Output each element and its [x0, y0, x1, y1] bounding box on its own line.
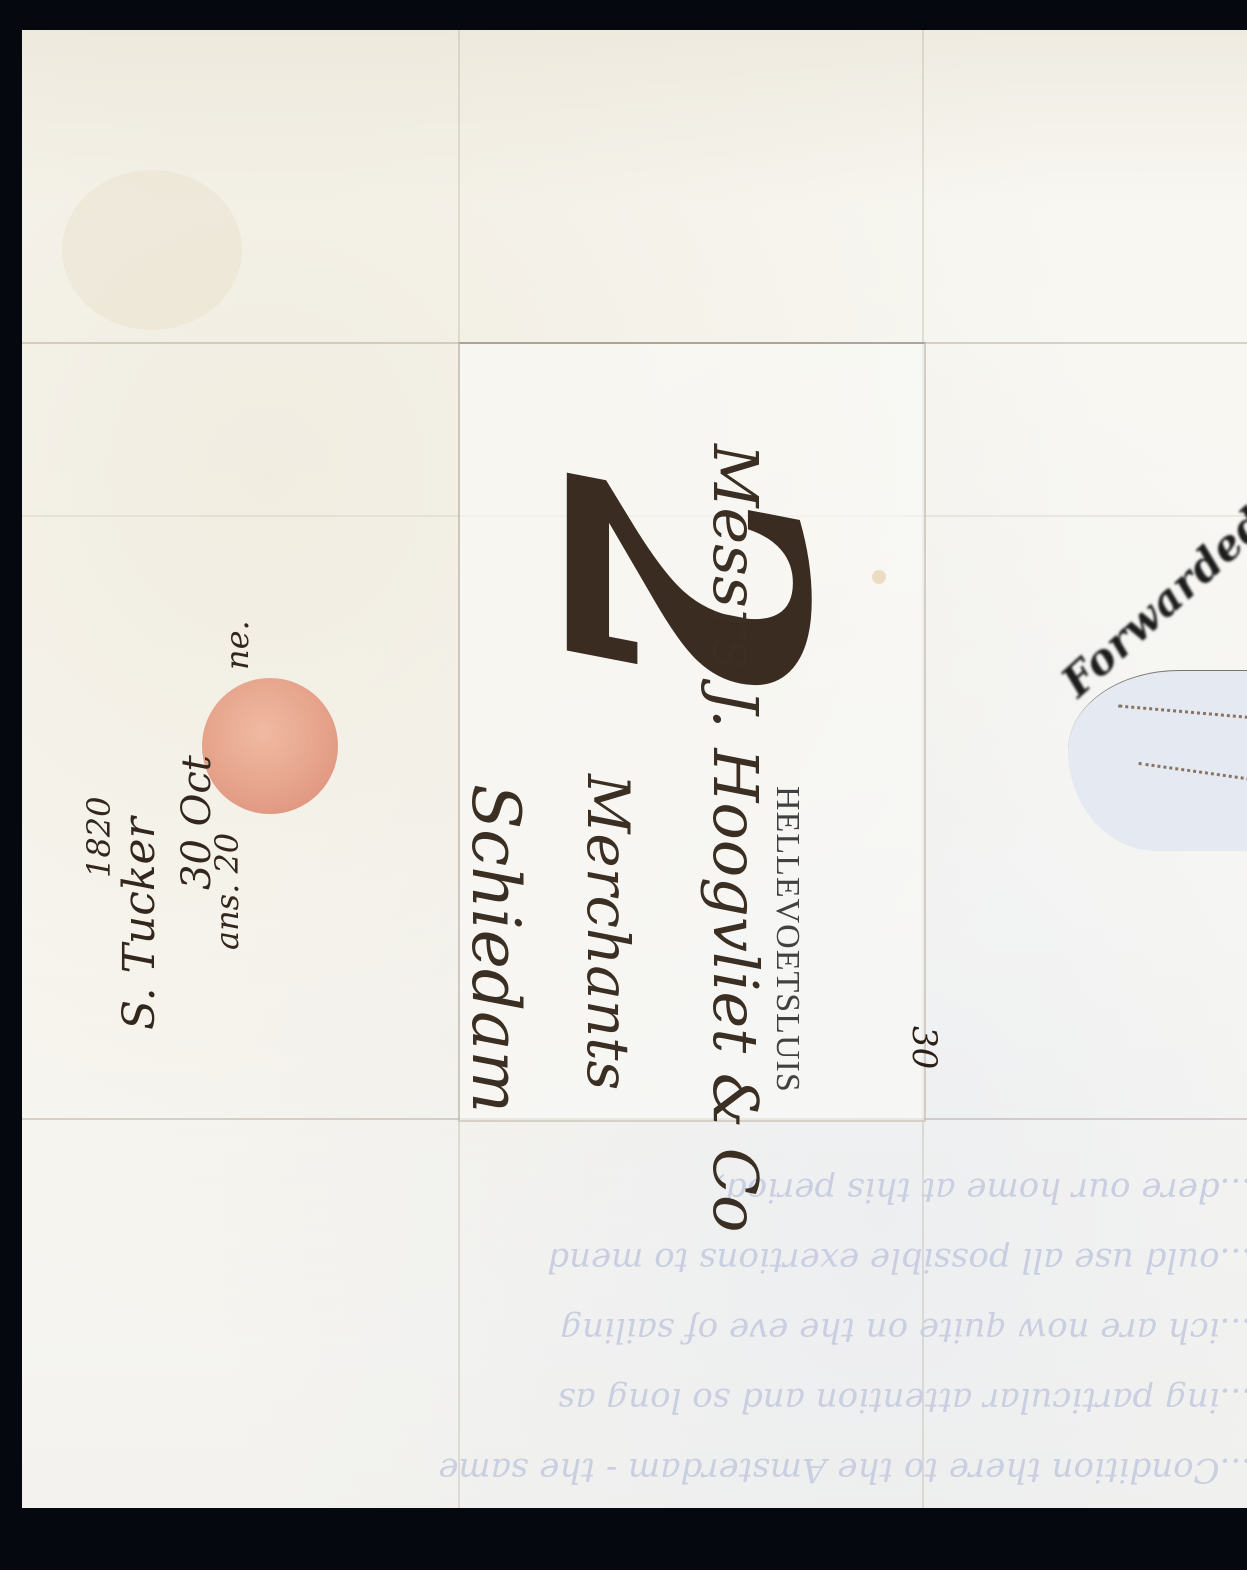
docket-name: S. Tucker [114, 817, 165, 1030]
address-line-city: Schiedam [457, 784, 534, 1113]
show-through-line: ...Condition there to the Amsterdam - th… [52, 1450, 1247, 1490]
show-through-line: ...ing particular attention and so long … [52, 1380, 1247, 1420]
patch-ink-trace [1118, 704, 1247, 720]
show-through-line: ...ich are now quite on the eve of saili… [52, 1310, 1247, 1350]
show-through-line: ...dere our home at this period, [52, 1170, 1247, 1210]
age-stain [62, 170, 242, 330]
show-through-line: ...ould use all possible exertions to me… [52, 1240, 1247, 1280]
letter-sheet: ...dere our home at this period, ...ould… [22, 30, 1247, 1508]
address-line-addressee: Messrs J. Hoogvliet & Co [699, 444, 772, 1233]
address-line-occupation: Merchants [574, 774, 642, 1090]
rate-marking: 2 [518, 474, 848, 704]
wax-seal [202, 678, 338, 814]
docket-suffix: ne. [218, 620, 256, 670]
docket-answer: ans. 20 [208, 833, 246, 950]
postmark-hellevoetsluis: HELLEVOETSLUIS [768, 786, 806, 1093]
patch-ink-trace [1138, 762, 1247, 783]
address-panel: 2 Messrs J. Hoogvliet & Co Merchants Sch… [458, 342, 926, 1122]
postmark-manuscript-number: 30 [904, 1026, 944, 1069]
docket-year: 1820 [80, 797, 118, 878]
